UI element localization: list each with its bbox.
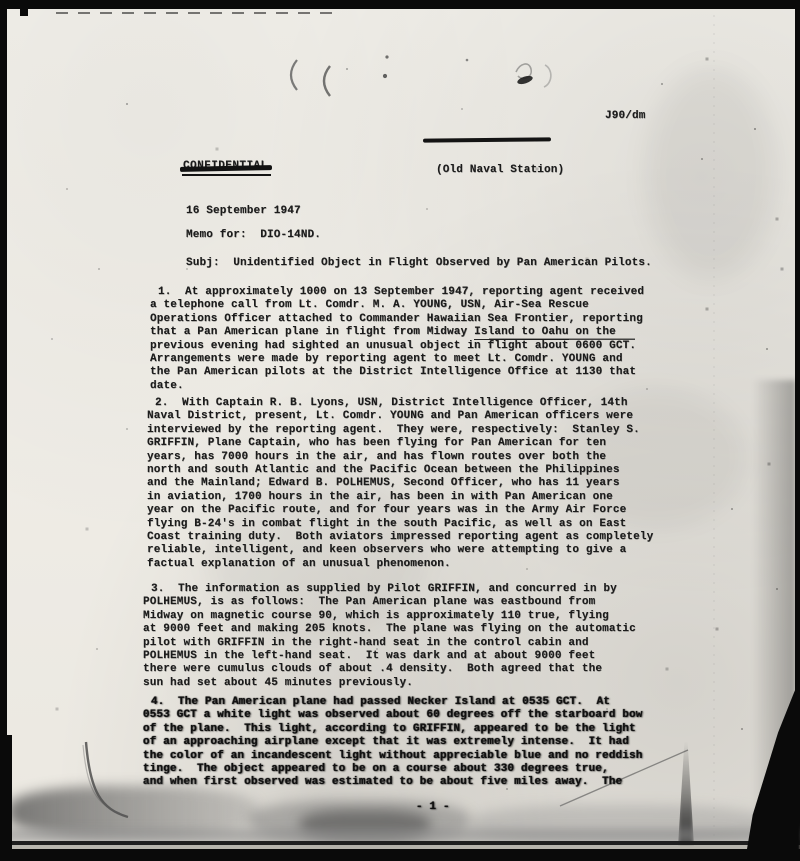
paragraph-2: 2. With Captain R. B. Lyons, USN, Distri…	[147, 397, 707, 571]
paragraph-1: 1. At approximately 1000 on 13 September…	[150, 286, 710, 393]
page-number: - 1 -	[416, 801, 450, 814]
pen-underlined-phrase: Island to Oahu	[474, 326, 569, 340]
date-line: 16 September 1947	[186, 205, 301, 218]
scan-border-top	[0, 0, 800, 9]
scan-border-bottom	[0, 849, 800, 861]
station-note: (Old Naval Station)	[436, 164, 564, 177]
classification-text: CONFIDENTIAL	[182, 160, 271, 176]
scan-border-left	[0, 0, 7, 861]
classification-stamp: CONFIDENTIAL	[182, 160, 271, 176]
memo-for-line: Memo for: DIO-14ND.	[186, 229, 321, 242]
scan-border-right	[795, 0, 800, 705]
scan-border-left-lower	[0, 735, 12, 861]
subject-line: Subj: Unidentified Object in Flight Obse…	[186, 257, 652, 270]
scanned-memo-page: J90/dm CONFIDENTIAL (Old Naval Station) …	[0, 0, 800, 861]
paragraph-3: 3. The information as supplied by Pilot …	[143, 583, 703, 690]
paragraph-1-text: Arrangements were made by reporting agen…	[150, 353, 636, 392]
paper-stain	[646, 68, 776, 278]
scan-border-tab	[20, 0, 28, 16]
scan-border-dashes	[56, 12, 340, 14]
ref-number: J90/dm	[605, 110, 646, 123]
paragraph-4: 4. The Pan American plane had passed Nec…	[143, 696, 703, 790]
pen-overlined-phrase: flight about 0600 GCT.	[488, 340, 637, 352]
